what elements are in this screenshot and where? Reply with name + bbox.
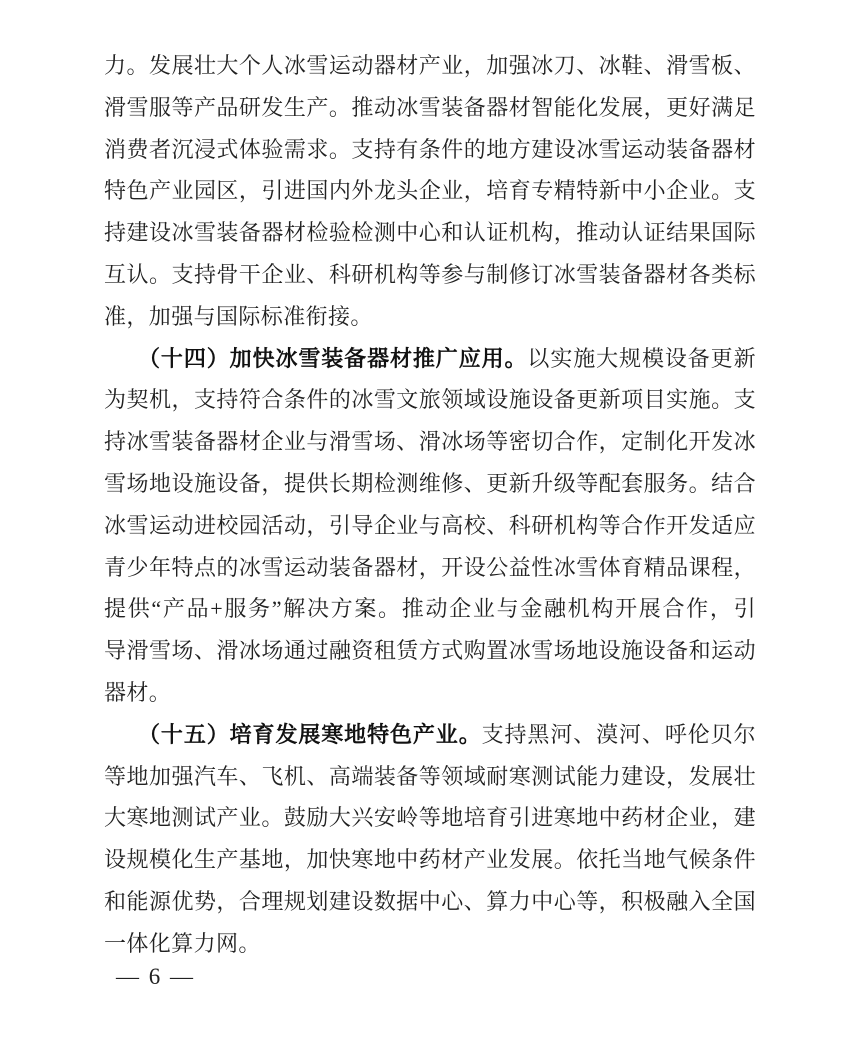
text-line: 青少年特点的冰雪运动装备器材，开设公益性冰雪体育精品课程， xyxy=(104,547,756,589)
text-line: 等地加强汽车、飞机、高端装备等领域耐寒测试能力建设，发展壮 xyxy=(104,756,756,798)
document-page: 力。发展壮大个人冰雪运动器材产业，加强冰刀、冰鞋、滑雪板、滑雪服等产品研发生产。… xyxy=(0,0,843,1044)
text-line: 和能源优势，合理规划建设数据中心、算力中心等，积极融入全国 xyxy=(104,881,756,923)
text-line: 持建设冰雪装备器材检验检测中心和认证机构，推动认证结果国际 xyxy=(104,212,756,254)
text-line: 导滑雪场、滑冰场通过融资租赁方式购置冰雪场地设施设备和运动 xyxy=(104,630,756,672)
text-line: 冰雪运动进校园活动，引导企业与高校、科研机构等合作开发适应 xyxy=(104,505,756,547)
text-line: 特色产业园区，引进国内外龙头企业，培育专精特新中小企业。支 xyxy=(104,170,756,212)
line-text: 支持黑河、漠河、呼伦贝尔 xyxy=(482,722,756,747)
text-line: 消费者沉浸式体验需求。支持有条件的地方建设冰雪运动装备器材 xyxy=(104,129,756,171)
page-number: — 6 — xyxy=(116,962,195,992)
text-line: 力。发展壮大个人冰雪运动器材产业，加强冰刀、冰鞋、滑雪板、 xyxy=(104,45,756,87)
text-line: 设规模化生产基地，加快寒地中药材产业发展。依托当地气候条件 xyxy=(104,839,756,881)
section-paragraph: （十四）加快冰雪装备器材推广应用。以实施大规模设备更新为契机，支持符合条件的冰雪… xyxy=(104,338,756,714)
text-line: 准，加强与国际标准衔接。 xyxy=(104,296,756,338)
text-line: 持冰雪装备器材企业与滑雪场、滑冰场等密切合作，定制化开发冰 xyxy=(104,421,756,463)
text-line: 为契机，支持符合条件的冰雪文旅领域设施设备更新项目实施。支 xyxy=(104,379,756,421)
text-line: （十五）培育发展寒地特色产业。支持黑河、漠河、呼伦贝尔 xyxy=(104,714,756,756)
section-paragraph: （十五）培育发展寒地特色产业。支持黑河、漠河、呼伦贝尔等地加强汽车、飞机、高端装… xyxy=(104,714,756,965)
text-line: 互认。支持骨干企业、科研机构等参与制修订冰雪装备器材各类标 xyxy=(104,254,756,296)
text-line: 滑雪服等产品研发生产。推动冰雪装备器材智能化发展，更好满足 xyxy=(104,87,756,129)
text-line: 雪场地设施设备，提供长期检测维修、更新升级等配套服务。结合 xyxy=(104,463,756,505)
text-line: 提供“产品+服务”解决方案。推动企业与金融机构开展合作，引 xyxy=(104,588,756,630)
text-line: 一体化算力网。 xyxy=(104,923,756,965)
text-line: 大寒地测试产业。鼓励大兴安岭等地培育引进寒地中药材企业，建 xyxy=(104,797,756,839)
continuation-paragraph: 力。发展壮大个人冰雪运动器材产业，加强冰刀、冰鞋、滑雪板、滑雪服等产品研发生产。… xyxy=(104,45,756,338)
line-text: 以实施大规模设备更新 xyxy=(527,346,756,371)
text-line: 器材。 xyxy=(104,672,756,714)
document-body: 力。发展壮大个人冰雪运动器材产业，加强冰刀、冰鞋、滑雪板、滑雪服等产品研发生产。… xyxy=(104,45,756,965)
text-line: （十四）加快冰雪装备器材推广应用。以实施大规模设备更新 xyxy=(104,338,756,380)
section-heading: （十五）培育发展寒地特色产业。 xyxy=(138,722,482,747)
section-heading: （十四）加快冰雪装备器材推广应用。 xyxy=(138,346,527,371)
